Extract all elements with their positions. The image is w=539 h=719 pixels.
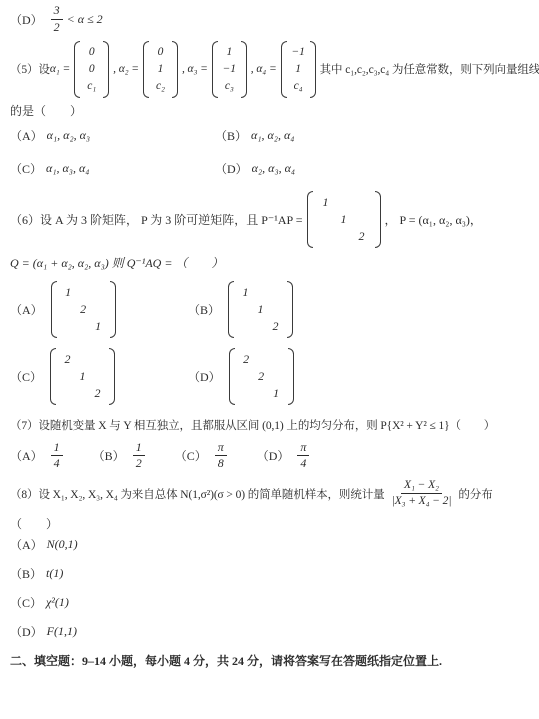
option-label: （A）	[10, 301, 43, 318]
question-5-suffix: 其中 c₁,c₂,c₃,c₄ 为任意常数，则下列向量组线性相关	[320, 61, 539, 77]
option-matrix: 121	[51, 281, 116, 338]
q5-options-row-1: （A） α₁, α₂, α₃ （B） α₁, α₂, α₄	[10, 127, 531, 144]
question-5-stem: （5）设 α₁ = 00c₁ , α₂ = 01c₂ , α₃ = 1−1c₃ …	[10, 41, 531, 98]
option-label: （D）	[10, 11, 43, 28]
option-label: （C）	[10, 368, 42, 385]
q8-option-a: （A） N(0,1)	[10, 536, 531, 553]
question-8-stem: （8）设 X₁, X₂, X₃, X₄ 为来自总体 N(1,σ²)(σ > 0)…	[10, 479, 531, 508]
option-value: F(1,1)	[47, 624, 77, 639]
right-paren	[287, 281, 293, 338]
option-label: （D）	[257, 447, 290, 464]
question-5-stem-continuation: 的是（ ）	[10, 102, 531, 119]
option-label: （C）	[10, 160, 42, 177]
option-label: （C）	[175, 447, 207, 464]
matrix-entries: 221	[235, 348, 288, 405]
option-value: α₂, α₃, α₄	[252, 161, 295, 176]
option-label: （C）	[10, 594, 42, 611]
option-d-previous-question: （D） 3 2 < α ≤ 2	[10, 4, 531, 35]
question-8-part1: （8）设 X₁, X₂, X₃, X₄ 为来自总体 N(1,σ²)(σ > 0)…	[10, 486, 385, 502]
vector-alpha1: 00c₁	[74, 41, 109, 98]
option-label: （B）	[215, 127, 247, 144]
q8-option-c: （C） χ²(1)	[10, 594, 531, 611]
question-7-stem: （7）设随机变量 X 与 Y 相互独立，且都服从区间 (0,1) 上的均匀分布，…	[10, 417, 531, 433]
right-paren	[172, 41, 178, 98]
q5-option-d: （D） α₂, α₃, α₄	[215, 160, 295, 177]
vector-alpha2: 01c₂	[143, 41, 178, 98]
q6-options-row-1: （A） 121 （B） 112	[10, 281, 531, 338]
matrix-p-inv-a-p: 112	[307, 191, 381, 248]
option-label: （B）	[10, 565, 42, 582]
question-6-part1: （6）设 A 为 3 阶矩阵， P 为 3 阶可逆矩阵，且 P⁻¹AP =	[10, 211, 303, 228]
q7-option-b: （B） 12	[93, 441, 149, 472]
vector-alpha4-entries: −11c₄	[287, 41, 310, 98]
right-paren	[109, 348, 115, 405]
right-paren	[110, 281, 116, 338]
q5-option-b: （B） α₁, α₂, α₄	[215, 127, 294, 144]
alpha4-equals: , α₄ =	[251, 63, 277, 75]
right-paren	[288, 348, 294, 405]
matrix-entries: 112	[313, 191, 375, 248]
question-8-part2: 的分布	[458, 486, 492, 502]
right-paren	[375, 191, 381, 248]
option-matrix: 112	[228, 281, 293, 338]
right-paren	[310, 41, 316, 98]
option-label: （D）	[188, 368, 221, 385]
option-value: N(0,1)	[47, 537, 78, 552]
alpha3-equals: , α₃ =	[182, 63, 208, 75]
matrix-entries: 112	[234, 281, 287, 338]
option-value: α₁, α₃, α₄	[46, 161, 89, 176]
q8-option-d: （D） F(1,1)	[10, 623, 531, 640]
q7-options-row: （A） 14 （B） 12 （C） π8 （D） π4	[10, 441, 531, 472]
question-7-text: （7）设随机变量 X 与 Y 相互独立，且都服从区间 (0,1) 上的均匀分布，…	[10, 417, 495, 433]
q6-option-d: （D） 221	[188, 348, 298, 405]
question-6-stem: （6）设 A 为 3 阶矩阵， P 为 3 阶可逆矩阵，且 P⁻¹AP = 11…	[10, 191, 531, 248]
q7-option-a: （A） 14	[10, 441, 67, 472]
question-5-blank: 的是（ ）	[10, 102, 82, 119]
vector-alpha1-entries: 00c₁	[80, 41, 103, 98]
option-label: （A）	[10, 127, 43, 144]
option-label: （A）	[10, 447, 43, 464]
section-2-header: 二、填空题：9–14 小题，每小题 4 分，共 24 分，请将答案写在答题纸指定…	[10, 652, 531, 669]
q5-option-a: （A） α₁, α₂, α₃	[10, 127, 215, 144]
option-value: χ²(1)	[46, 595, 69, 610]
option-value: α₁, α₂, α₃	[47, 128, 90, 143]
question-8-blank: （ ）	[10, 515, 531, 532]
q6-option-b: （B） 112	[188, 281, 297, 338]
statistic-fraction: X₁ − X₂ |X₃ + X₄ − 2|	[389, 479, 455, 508]
option-label: （A）	[10, 536, 43, 553]
option-label: （B）	[188, 301, 220, 318]
option-fraction: π8	[215, 441, 227, 472]
q5-options-row-2: （C） α₁, α₃, α₄ （D） α₂, α₃, α₄	[10, 160, 531, 177]
matrix-entries: 121	[57, 281, 110, 338]
q5-option-c: （C） α₁, α₃, α₄	[10, 160, 215, 177]
fraction-three-halves: 3 2	[51, 4, 63, 35]
question-6-part2: ， P = (α₁, α₂, α₃)，	[385, 211, 482, 228]
vector-alpha4: −11c₄	[281, 41, 316, 98]
option-fraction: 12	[133, 441, 145, 472]
option-fraction: π4	[297, 441, 309, 472]
right-paren	[241, 41, 247, 98]
vector-alpha3-entries: 1−1c₃	[218, 41, 241, 98]
option-matrix: 212	[50, 348, 115, 405]
q7-option-c: （C） π8	[175, 441, 231, 472]
alpha1-equals: α₁ =	[50, 63, 70, 75]
vector-alpha3: 1−1c₃	[212, 41, 247, 98]
question-6-stem-continuation: Q = (α₁ + α₂, α₂, α₃) 则 Q⁻¹AQ = （ ）	[10, 254, 531, 271]
vector-alpha2-entries: 01c₂	[149, 41, 172, 98]
q6-options-row-2: （C） 212 （D） 221	[10, 348, 531, 405]
q6-option-c: （C） 212	[10, 348, 188, 405]
exam-document-page: （D） 3 2 < α ≤ 2 （5）设 α₁ = 00c₁ , α₂ = 01…	[0, 0, 539, 719]
option-value: t(1)	[46, 566, 63, 581]
option-label: （D）	[10, 623, 43, 640]
option-value: α₁, α₂, α₄	[251, 128, 294, 143]
answer-blank-parens: （ ）	[10, 515, 58, 532]
right-paren	[103, 41, 109, 98]
q7-option-d: （D） π4	[257, 441, 314, 472]
q6-option-a: （A） 121	[10, 281, 188, 338]
alpha2-equals: , α₂ =	[113, 63, 139, 75]
matrix-entries: 212	[56, 348, 109, 405]
option-fraction: 14	[51, 441, 63, 472]
question-5-lead: （5）设	[10, 61, 50, 77]
inequality-text: < α ≤ 2	[67, 12, 103, 27]
option-label: （D）	[215, 160, 248, 177]
question-6-line2: Q = (α₁ + α₂, α₂, α₃) 则 Q⁻¹AQ = （ ）	[10, 254, 223, 271]
option-label: （B）	[93, 447, 125, 464]
q8-option-b: （B） t(1)	[10, 565, 531, 582]
option-matrix: 221	[229, 348, 294, 405]
